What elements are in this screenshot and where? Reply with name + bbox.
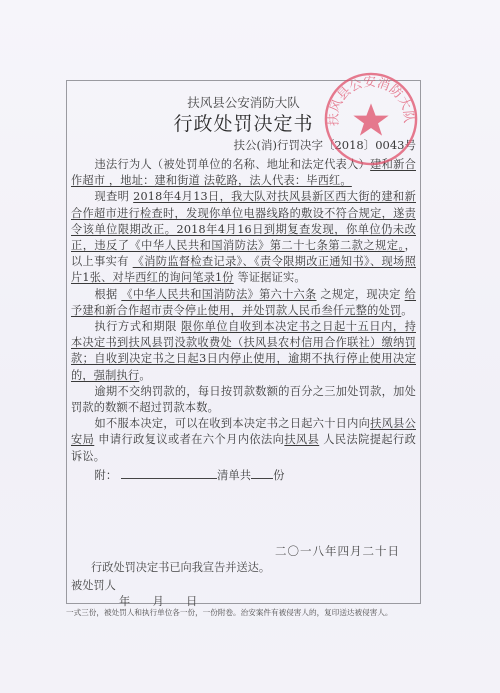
findings-tail: 等证据证实。 xyxy=(237,271,305,284)
execution-paragraph: 执行方式和期限 限你单位自收到本决定书之日起十五日内，持本决定书到扶风县罚没款收… xyxy=(71,319,416,384)
appeal-part2: 申请行政复议或者在六个月内依法向 xyxy=(98,433,284,446)
document-title: 行政处罚决定书 xyxy=(67,109,420,136)
appeal-paragraph: 如不服本决定，可以在收到本决定书之日起六十日内向扶风县公安局 申请行政复议或者在… xyxy=(71,416,416,465)
violator-label: 违法行为人（被处罚单位的名称、地址和法定代表人） xyxy=(95,158,371,171)
list-count-suffix: 份 xyxy=(273,469,284,482)
findings-label: 现查明 xyxy=(95,190,130,203)
issue-date: 二〇一八年四月二十日 xyxy=(275,543,400,559)
punished-party-label: 被处罚人 xyxy=(71,577,116,593)
late-fee-paragraph: 逾期不交纳罚款的，每日按罚款数额的百分之三加处罚款，加处罚款的数额不超过罚款本数… xyxy=(71,384,416,416)
document-body: 违法行为人（被处罚单位的名称、地址和法定代表人）建和新合作超市 ，地址：建和街道… xyxy=(71,157,416,484)
attachment-label: 附： xyxy=(95,469,118,482)
attachment-blank xyxy=(121,467,217,479)
list-count-prefix: 清单共 xyxy=(217,469,251,482)
decision-mid: 之规定，现决定 xyxy=(320,288,400,301)
document-number: 扶公(消)行罚决字〔2018〕0043号 xyxy=(233,137,416,153)
court-location: 扶风县 xyxy=(284,433,319,446)
execution-tail: 。 xyxy=(139,369,150,382)
decision-tail: 。 xyxy=(401,304,412,317)
footnote: 一式三份，被处罚人和执行单位各一份，一份附卷。治安案件有被侵害人的，复印送达被侵… xyxy=(66,607,393,618)
execution-label: 执行方式和期限 xyxy=(95,320,177,333)
legal-basis: 《中华人民共和国消防法》第六十六条 xyxy=(121,288,316,301)
decision-paragraph: 根据 《中华人民共和国消防法》第六十六条 之规定，现决定 给予建和新合作超市责令… xyxy=(71,287,416,319)
violator-paragraph: 违法行为人（被处罚单位的名称、地址和法定代表人）建和新合作超市 ，地址：建和街道… xyxy=(71,157,416,189)
acknowledgement-statement: 行政处罚决定书已向我宣告并送达。 xyxy=(91,559,270,575)
findings-paragraph: 现查明 2018年4月13日，我大队对扶风县新区西大街的建和新合作超市进行检查时… xyxy=(71,189,416,286)
appeal-part1: 如不服本决定，可以在收到本决定书之日起六十日内向 xyxy=(95,417,371,430)
attachment-line: 附： 清单共份 xyxy=(71,467,416,484)
decision-label: 根据 xyxy=(95,288,118,301)
list-count-blank xyxy=(251,467,273,479)
document-frame: 扶风县公安消防大队 行政处罚决定书 扶公(消)行罚决字〔2018〕0043号 违… xyxy=(66,80,421,604)
scanned-document-page: 扶风县公安消防大队 行政处罚决定书 扶公(消)行罚决字〔2018〕0043号 违… xyxy=(0,0,500,693)
